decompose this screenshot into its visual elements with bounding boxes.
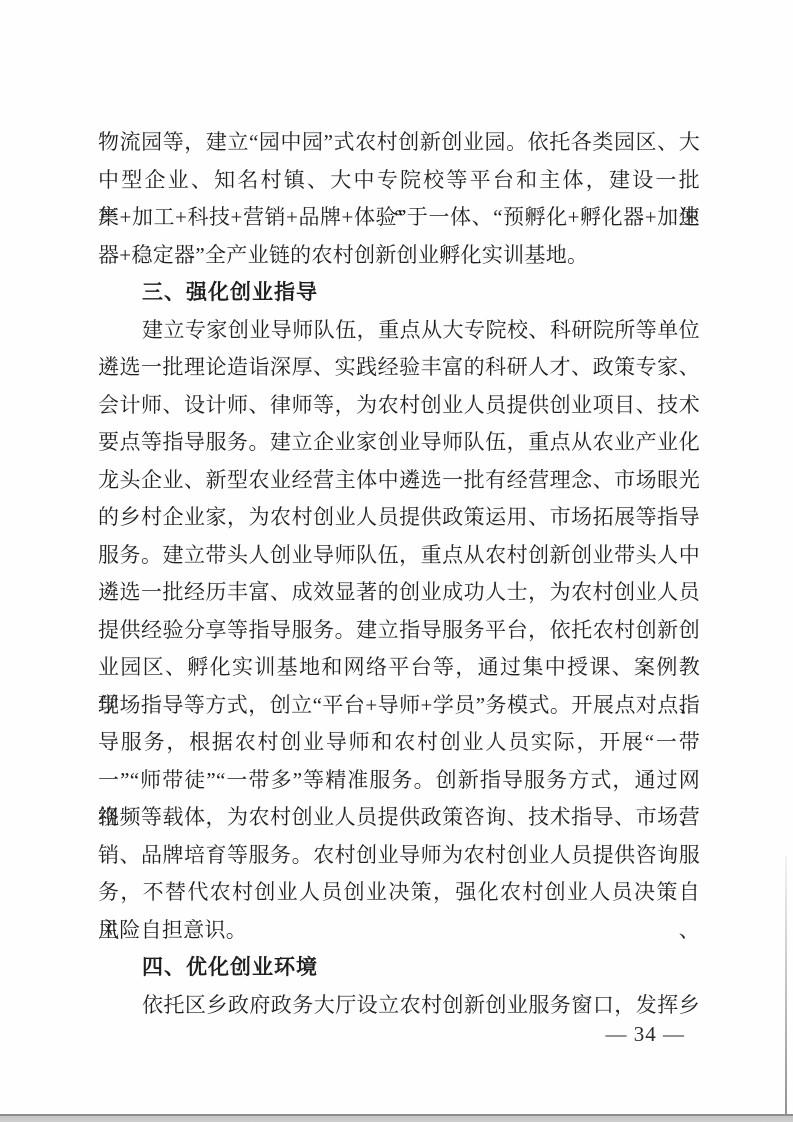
page-number: — 34 — <box>606 1022 686 1047</box>
text-line: 产+加工+科技+营销+品牌+体验”于一体、“预孵化+孵化器+加速 <box>98 199 700 237</box>
scan-right-edge-artifact <box>785 856 787 1114</box>
text-line: 视频等载体，为农村创业人员提供政策咨询、技术指导、市场营 <box>98 799 700 837</box>
document-body: 物流园等，建立“园中园”式农村创新创业园。依托各类园区、大中型企业、知名村镇、大… <box>98 124 700 1024</box>
text-line: 一”“师带徒”“一带多”等精准服务。创新指导服务方式，通过网络、 <box>98 762 700 800</box>
text-line: 现场指导等方式，创立“平台+导师+学员”务模式。开展点对点指 <box>98 687 700 725</box>
text-line: 遴选一批经历丰富、成效显著的创业成功人士，为农村创业人员 <box>98 574 700 612</box>
text-line: 龙头企业、新型农业经营主体中遴选一批有经营理念、市场眼光 <box>98 462 700 500</box>
text-line: 会计师、设计师、律师等，为农村创业人员提供创业项目、技术 <box>98 387 700 425</box>
text-line: 的乡村企业家，为农村创业人员提供政策运用、市场拓展等指导 <box>98 499 700 537</box>
text-line: 建立专家创业导师队伍，重点从大专院校、科研院所等单位 <box>98 312 700 350</box>
section-heading: 三、强化创业指导 <box>98 274 700 312</box>
text-line: 业园区、孵化实训基地和网络平台等，通过集中授课、案例教学、 <box>98 649 700 687</box>
scan-bottom-edge-artifact <box>0 1114 793 1122</box>
text-line: 要点等指导服务。建立企业家创业导师队伍，重点从农业产业化 <box>98 424 700 462</box>
text-line: 提供经验分享等指导服务。建立指导服务平台，依托农村创新创 <box>98 612 700 650</box>
text-line: 务，不替代农村创业人员创业决策，强化农村创业人员决策自主、 <box>98 874 700 912</box>
text-line: 服务。建立带头人创业导师队伍，重点从农村创新创业带头人中 <box>98 537 700 575</box>
text-line: 销、品牌培育等服务。农村创业导师为农村创业人员提供咨询服 <box>98 837 700 875</box>
text-line: 中型企业、知名村镇、大中专院校等平台和主体，建设一批集“生 <box>98 162 700 200</box>
text-line: 遴选一批理论造诣深厚、实践经验丰富的科研人才、政策专家、 <box>98 349 700 387</box>
text-line: 物流园等，建立“园中园”式农村创新创业园。依托各类园区、大 <box>98 124 700 162</box>
text-line: 器+稳定器”全产业链的农村创新创业孵化实训基地。 <box>98 237 700 275</box>
text-line: 导服务，根据农村创业导师和农村创业人员实际，开展“一带 <box>98 724 700 762</box>
text-line: 依托区乡政府政务大厅设立农村创新创业服务窗口，发挥乡 <box>98 987 700 1025</box>
document-page: 物流园等，建立“园中园”式农村创新创业园。依托各类园区、大中型企业、知名村镇、大… <box>0 0 793 1122</box>
section-heading: 四、优化创业环境 <box>98 949 700 987</box>
